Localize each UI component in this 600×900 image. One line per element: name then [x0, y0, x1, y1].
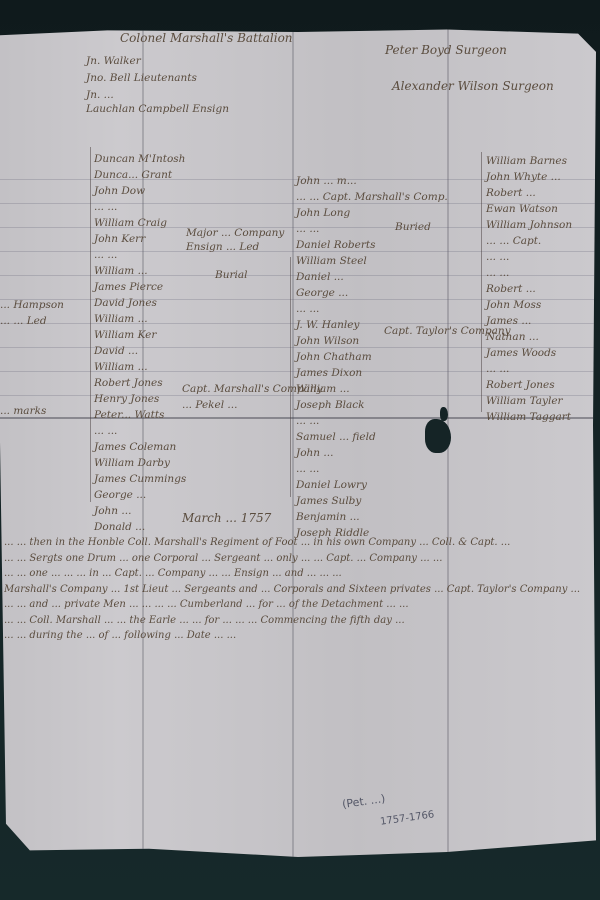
roster-entry: James Cummings — [94, 471, 186, 487]
roster-entry: ... ... — [486, 265, 572, 281]
roster-entry: William Johnson — [486, 217, 572, 233]
paragraph-line: ... ... during the ... of ... following … — [4, 628, 594, 644]
roster-entry: William Darby — [94, 455, 186, 471]
margin-note: ... marks — [0, 403, 46, 419]
header-line: Jno. Bell Lieutenants — [86, 70, 197, 86]
roster-entry: Duncan M'Intosh — [94, 151, 186, 167]
roster-note: ... Pekel ... — [182, 397, 237, 413]
header-line: Peter Boyd Surgeon — [385, 43, 507, 57]
paragraph-line: ... ... Sergts one Drum ... one Corporal… — [4, 551, 594, 567]
certificate-paragraph: ... ... then in the Honble Coll. Marshal… — [4, 535, 594, 644]
date-line: March ... 1757 — [182, 511, 271, 525]
roster-entry: John ... m... — [296, 173, 448, 189]
margin-note: ... ... Led — [0, 313, 47, 329]
name-column-left: Duncan M'Intosh Dunca... Grant John Dow … — [94, 151, 186, 535]
column-rule — [481, 152, 482, 412]
roster-entry: Robert ... — [486, 185, 572, 201]
roster-entry: James ... — [486, 313, 572, 329]
roster-entry: ... ... Capt. Marshall's Comp. — [296, 189, 448, 205]
roster-entry: William ... — [296, 381, 448, 397]
roster-entry: John Moss — [486, 297, 572, 313]
roster-note: Ensign ... Led — [186, 239, 259, 255]
roster-entry: Robert ... — [486, 281, 572, 297]
roster-entry: Ewan Watson — [486, 201, 572, 217]
roster-entry: ... ... — [296, 413, 448, 429]
paragraph-line: ... ... Coll. Marshall ... ... the Earle… — [4, 613, 594, 629]
column-rule — [290, 257, 291, 497]
roster-entry: ... ... — [296, 461, 448, 477]
roster-entry: William Tayler — [486, 393, 572, 409]
roster-entry: John Kerr — [94, 231, 186, 247]
roster-entry: George ... — [94, 487, 186, 503]
roster-entry: James Coleman — [94, 439, 186, 455]
roster-note: Burial — [215, 267, 247, 283]
roster-entry: William Barnes — [486, 153, 572, 169]
paragraph-line: ... ... one ... ... ... in ... Capt. ...… — [4, 566, 594, 582]
manuscript-page: Colonel Marshall's Battalion Jn. Walker … — [0, 27, 596, 857]
roster-entry: ... ... — [486, 361, 572, 377]
roster-entry: Henry Jones — [94, 391, 186, 407]
roster-entry: ... ... Capt. — [486, 233, 572, 249]
roster-entry: Benjamin ... — [296, 509, 448, 525]
roster-entry: ... ... — [94, 199, 186, 215]
roster-entry: William ... — [94, 311, 186, 327]
roster-entry: William ... — [94, 263, 186, 279]
margin-note: ... Hampson — [0, 297, 64, 313]
roster-entry: Samuel ... field — [296, 429, 448, 445]
roster-entry: William ... — [94, 359, 186, 375]
roster-entry: William Steel — [296, 253, 448, 269]
roster-entry: Joseph Black — [296, 397, 448, 413]
archive-note: 1757-1766 — [379, 809, 435, 827]
roster-entry: ... ... — [94, 423, 186, 439]
header-title: Colonel Marshall's Battalion — [120, 31, 293, 45]
roster-entry: Nathan ... — [486, 329, 572, 345]
roster-entry: James Woods — [486, 345, 572, 361]
roster-entry: Daniel Lowry — [296, 477, 448, 493]
roster-entry: George ... — [296, 285, 448, 301]
paragraph-line: ... ... then in the Honble Coll. Marshal… — [4, 535, 594, 551]
roster-entry: ... ... — [94, 247, 186, 263]
paragraph-line: ... ... and ... private Men ... ... ... … — [4, 597, 594, 613]
roster-note: Buried — [395, 219, 431, 235]
roster-entry: David Jones — [94, 295, 186, 311]
header-line: Jn. Walker — [86, 53, 141, 69]
roster-entry: John Whyte ... — [486, 169, 572, 185]
header-line: Alexander Wilson Surgeon — [392, 79, 554, 93]
roster-entry: Daniel ... — [296, 269, 448, 285]
roster-entry: William Ker — [94, 327, 186, 343]
roster-entry: James Sulby — [296, 493, 448, 509]
roster-entry: Robert Jones — [94, 375, 186, 391]
roster-entry: Donald ... — [94, 519, 186, 535]
roster-entry: David ... — [94, 343, 186, 359]
roster-entry: Daniel Roberts — [296, 237, 448, 253]
roster-entry: Dunca... Grant — [94, 167, 186, 183]
roster-entry: William Taggart — [486, 409, 572, 425]
roster-entry: John Chatham — [296, 349, 448, 365]
fold-line — [292, 27, 294, 857]
header-line: Lauchlan Campbell Ensign — [86, 101, 229, 117]
roster-entry: John ... — [296, 445, 448, 461]
name-column-right: William Barnes John Whyte ... Robert ...… — [486, 153, 572, 425]
roster-entry: William Craig — [94, 215, 186, 231]
paragraph-line: Marshall's Company ... 1st Lieut ... Ser… — [4, 582, 594, 598]
roster-entry: James Pierce — [94, 279, 186, 295]
roster-entry: ... ... — [296, 301, 448, 317]
archive-note: (Pet. ...) — [341, 792, 386, 811]
roster-entry: John ... — [94, 503, 186, 519]
roster-entry: Peter... Watts — [94, 407, 186, 423]
roster-entry: Robert Jones — [486, 377, 572, 393]
column-rule — [90, 147, 91, 502]
roster-entry: James Dixon — [296, 365, 448, 381]
roster-entry: ... ... — [486, 249, 572, 265]
roster-entry: John Dow — [94, 183, 186, 199]
